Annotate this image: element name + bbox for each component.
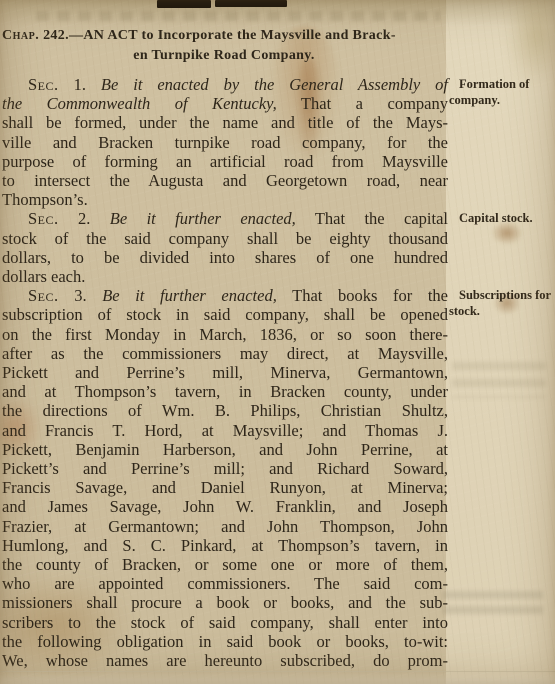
margin-note: Capital stock. — [449, 210, 551, 226]
chapter-heading: Chap. 242.—AN ACT to Incorporate the May… — [2, 26, 446, 66]
text-line: shall be formed, under the name and titl… — [2, 113, 448, 132]
margin-notes: Formation of company.Capital stock.Subsc… — [449, 0, 551, 684]
redaction-bar — [215, 0, 287, 7]
text-line: the county of Bracken, or some one or mo… — [2, 555, 448, 574]
section-paragraph-3: Sec. 3. Be it further enacted, That book… — [2, 286, 448, 670]
text-line: Pickett’s and Perrine’s mill; and Richar… — [2, 459, 448, 478]
text-line: missioners shall procure a book or books… — [2, 593, 448, 612]
text-line: on the first Monday in March, 1836, or s… — [2, 325, 448, 344]
text-line: and Francis T. Hord, at Maysville; and T… — [2, 421, 448, 440]
section-paragraph-2: Sec. 2. Be it further enacted, That the … — [2, 209, 448, 286]
text-line: subscription of stock in said company, s… — [2, 305, 448, 324]
text-line: Frazier, at Germantown; and John Thompso… — [2, 517, 448, 536]
text-line: Humlong, and S. C. Pinkard, at Thompson’… — [2, 536, 448, 555]
text-line: Sec. 3. Be it further enacted, That book… — [2, 286, 448, 305]
text-line: and James Savage, John W. Franklin, and … — [2, 497, 448, 516]
margin-note: Formation of company. — [449, 76, 551, 108]
text-line: to intersect the Augusta and Georgetown … — [2, 171, 448, 190]
chapter-heading-line: Chap. 242.—AN ACT to Incorporate the May… — [2, 26, 446, 46]
redaction-bar — [157, 0, 211, 8]
text-line: the directions of Wm. B. Philips, Christ… — [2, 401, 448, 420]
text-line: purpose of forming an artificial road fr… — [2, 152, 448, 171]
text-line: the following obligation in said book or… — [2, 632, 448, 651]
section-paragraph-1: Sec. 1. Be it enacted by the General Ass… — [2, 75, 448, 209]
text-line: after as the commissioners may direct, a… — [2, 344, 448, 363]
text-line: the Commonwealth of Kentucky, That a com… — [2, 94, 448, 113]
margin-note: Subscriptions for stock. — [449, 287, 551, 319]
text-line: dollars each. — [2, 267, 448, 286]
text-line: Francis Savage, and Daniel Runyon, at Mi… — [2, 478, 448, 497]
text-line: who are appointed commissioners. The sai… — [2, 574, 448, 593]
text-line: scribers to the stock of said company, s… — [2, 613, 448, 632]
page: Chap. 242.—AN ACT to Incorporate the May… — [0, 0, 555, 684]
act-body: Sec. 1. Be it enacted by the General Ass… — [2, 75, 448, 670]
text-line: Pickett and Perrine’s mill, Minerva, Ger… — [2, 363, 448, 382]
text-line: Thompson’s. — [2, 190, 448, 209]
text-line: dollars, to be divided into shares of on… — [2, 248, 448, 267]
text-line: Sec. 2. Be it further enacted, That the … — [2, 209, 448, 228]
chapter-heading-line: en Turnpike Road Company. — [2, 46, 446, 66]
text-line: Sec. 1. Be it enacted by the General Ass… — [2, 75, 448, 94]
text-line: stock of the said company shall be eight… — [2, 229, 448, 248]
text-line: ville and Bracken turnpike road company,… — [2, 133, 448, 152]
text-line: and at Thompson’s tavern, in Bracken cou… — [2, 382, 448, 401]
text-line: Pickett, Benjamin Harberson, and John Pe… — [2, 440, 448, 459]
text-line: We, whose names are hereunto subscribed,… — [2, 651, 448, 670]
